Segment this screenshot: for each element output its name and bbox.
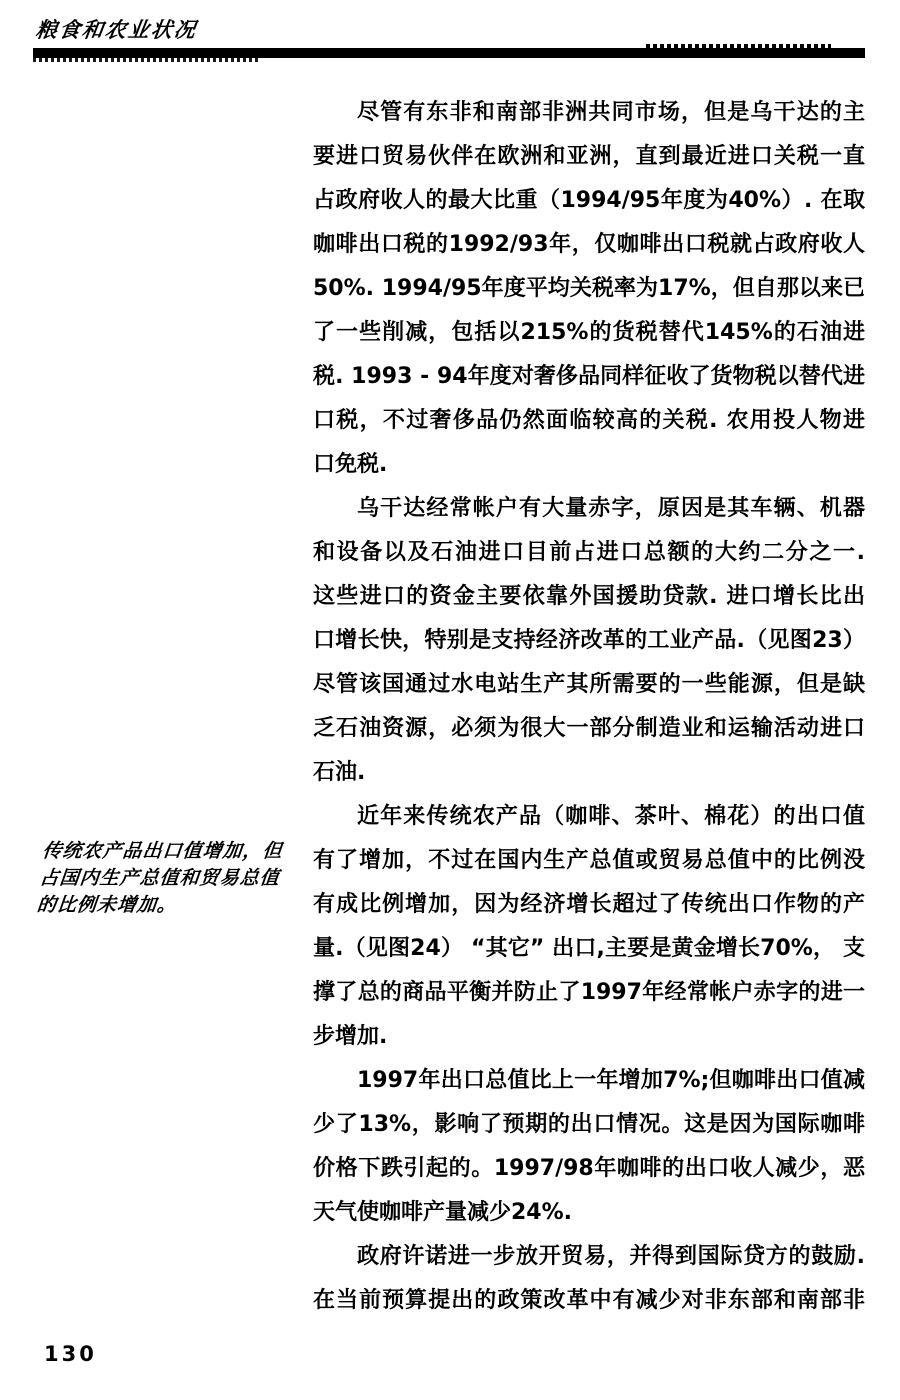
text-line: 石油. [313,751,865,795]
text-line: 这些进口的资金主要依靠外国援助贷款. 进口增长比出 [313,575,865,619]
page-number: 130 [44,1342,97,1366]
margin-note-line: 的比例未增加。 [35,892,294,919]
paragraph: 乌干达经常帐户有大量赤字，原因是其车辆、机器和设备以及石油进口目前占进口总额的大… [313,487,865,795]
text-line: 乏石油资源，必须为很大一部分制造业和运输活动进口 [313,707,865,751]
text-line: 量.（见图24） “其它” 出口,主要是黄金增长70%， 支 [313,927,865,971]
text-line: 口免税. [313,443,865,487]
text-line: 和设备以及石油进口目前占进口总额的大约二分之一. [313,531,865,575]
document-page: 粮食和农业状况 传统农产品出口值增加，但占国内生产总值和贸易总值的比例未增加。 … [0,0,900,1400]
text-line: 有成比例增加，因为经济增长超过了传统出口作物的产 [313,883,865,927]
text-line: 撑了总的商品平衡并防止了1997年经常帐户赤字的进一 [313,971,865,1015]
text-line: 咖啡出口税的1992/93年，仅咖啡出口税就占政府收人的 [313,223,865,267]
text-line: 近年来传统农产品（咖啡、茶叶、棉花）的出口值 [313,795,865,839]
paragraph: 尽管有东非和南部非洲共同市场，但是乌干达的主要进口贸易伙伴在欧洲和亚洲，直到最近… [313,91,865,487]
text-line: 政府许诺进一步放开贸易，并得到国际贷方的鼓励. [313,1235,865,1279]
margin-note-line: 传统农产品出口值增加，但 [41,838,300,865]
text-line: 乌干达经常帐户有大量赤字，原因是其车辆、机器 [313,487,865,531]
text-line: 价格下跌引起的。1997/98年咖啡的出口收人减少，恶劣 [313,1147,865,1191]
paragraph: 近年来传统农产品（咖啡、茶叶、棉花）的出口值有了增加，不过在国内生产总值或贸易总… [313,795,865,1059]
margin-note: 传统农产品出口值增加，但占国内生产总值和贸易总值的比例未增加。 [35,838,300,919]
text-line: 口增长快，特别是支持经济改革的工业产品.（见图23） [313,619,865,663]
text-line: 要进口贸易伙伴在欧洲和亚洲，直到最近进口关税一直 [313,135,865,179]
body-text: 尽管有东非和南部非洲共同市场，但是乌干达的主要进口贸易伙伴在欧洲和亚洲，直到最近… [313,91,865,1323]
text-line: 口税，不过奢侈品仍然面临较高的关税. 农用投人物进 [313,399,865,443]
header-rule [33,48,865,58]
paragraph: 1997年出口总值比上一年增加7%;但咖啡出口值减少了13%，影响了预期的出口情… [313,1059,865,1235]
text-line: 有了增加，不过在国内生产总值或贸易总值中的比例没 [313,839,865,883]
text-line: 税. 1993 - 94年度对奢侈品同样征收了货物税以替代进 [313,355,865,399]
text-line: 了一些削减，包括以215%的货税替代145%的石油进口 [313,311,865,355]
running-header-title: 粮食和农业状况 [34,14,199,44]
margin-note-line: 占国内生产总值和贸易总值 [38,865,297,892]
text-line: 尽管有东非和南部非洲共同市场，但是乌干达的主 [313,91,865,135]
text-line: 少了13%，影响了预期的出口情况。这是因为国际咖啡 [313,1103,865,1147]
paragraph: 政府许诺进一步放开贸易，并得到国际贷方的鼓励.在当前预算提出的政策改革中有减少对… [313,1235,865,1323]
text-line: 尽管该国通过水电站生产其所需要的一些能源，但是缺 [313,663,865,707]
text-line: 天气使咖啡产量减少24%. [313,1191,865,1235]
text-line: 占政府收人的最大比重（1994/95年度为40%）. 在取消 [313,179,865,223]
text-line: 步增加. [313,1015,865,1059]
text-line: 50%. 1994/95年度平均关税率为17%，但自那以来已作 [313,267,865,311]
text-line: 在当前预算提出的政策改革中有减少对非东部和南部非 [313,1279,865,1323]
text-line: 1997年出口总值比上一年增加7%;但咖啡出口值减 [313,1059,865,1103]
